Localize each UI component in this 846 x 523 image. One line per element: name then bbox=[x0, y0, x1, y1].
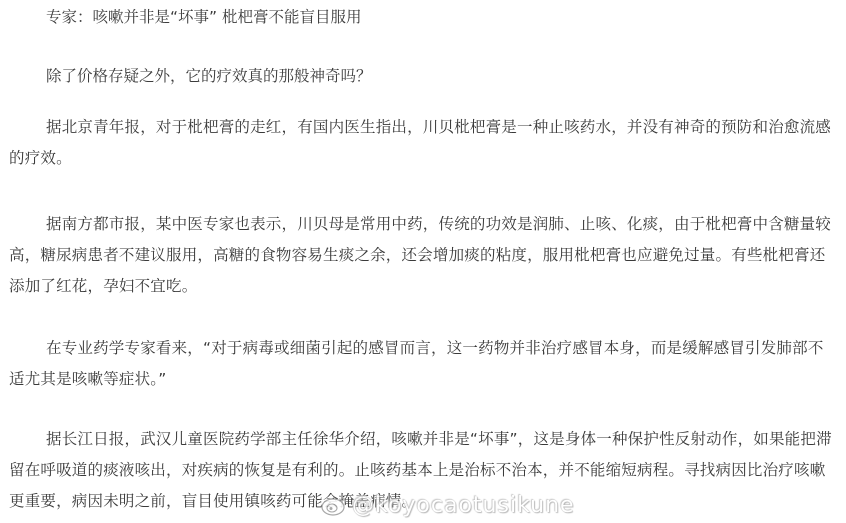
article-question: 除了价格存疑之外，它的疗效真的那般神奇吗？ bbox=[46, 65, 372, 87]
paragraph-southern-metropolis: 据南方都市报，某中医专家也表示，川贝母是常用中药，传统的功效是润肺、止咳、化痰，… bbox=[9, 209, 839, 302]
article-title: 专家：咳嗽并非是“坏事” 枇杷膏不能盲目服用 bbox=[46, 6, 362, 28]
paragraph-changjiang-daily: 据长江日报，武汉儿童医院药学部主任徐华介绍，咳嗽并非是“坏事”，这是身体一种保护… bbox=[9, 424, 839, 517]
paragraph-pharmacy-expert: 在专业药学专家看来，“对于病毒或细菌引起的感冒而言，这一药物并非治疗感冒本身，而… bbox=[9, 333, 839, 395]
paragraph-beijing-youth-daily: 据北京青年报，对于枇杷膏的走红，有国内医生指出，川贝枇杷膏是一种止咳药水，并没有… bbox=[9, 112, 839, 174]
